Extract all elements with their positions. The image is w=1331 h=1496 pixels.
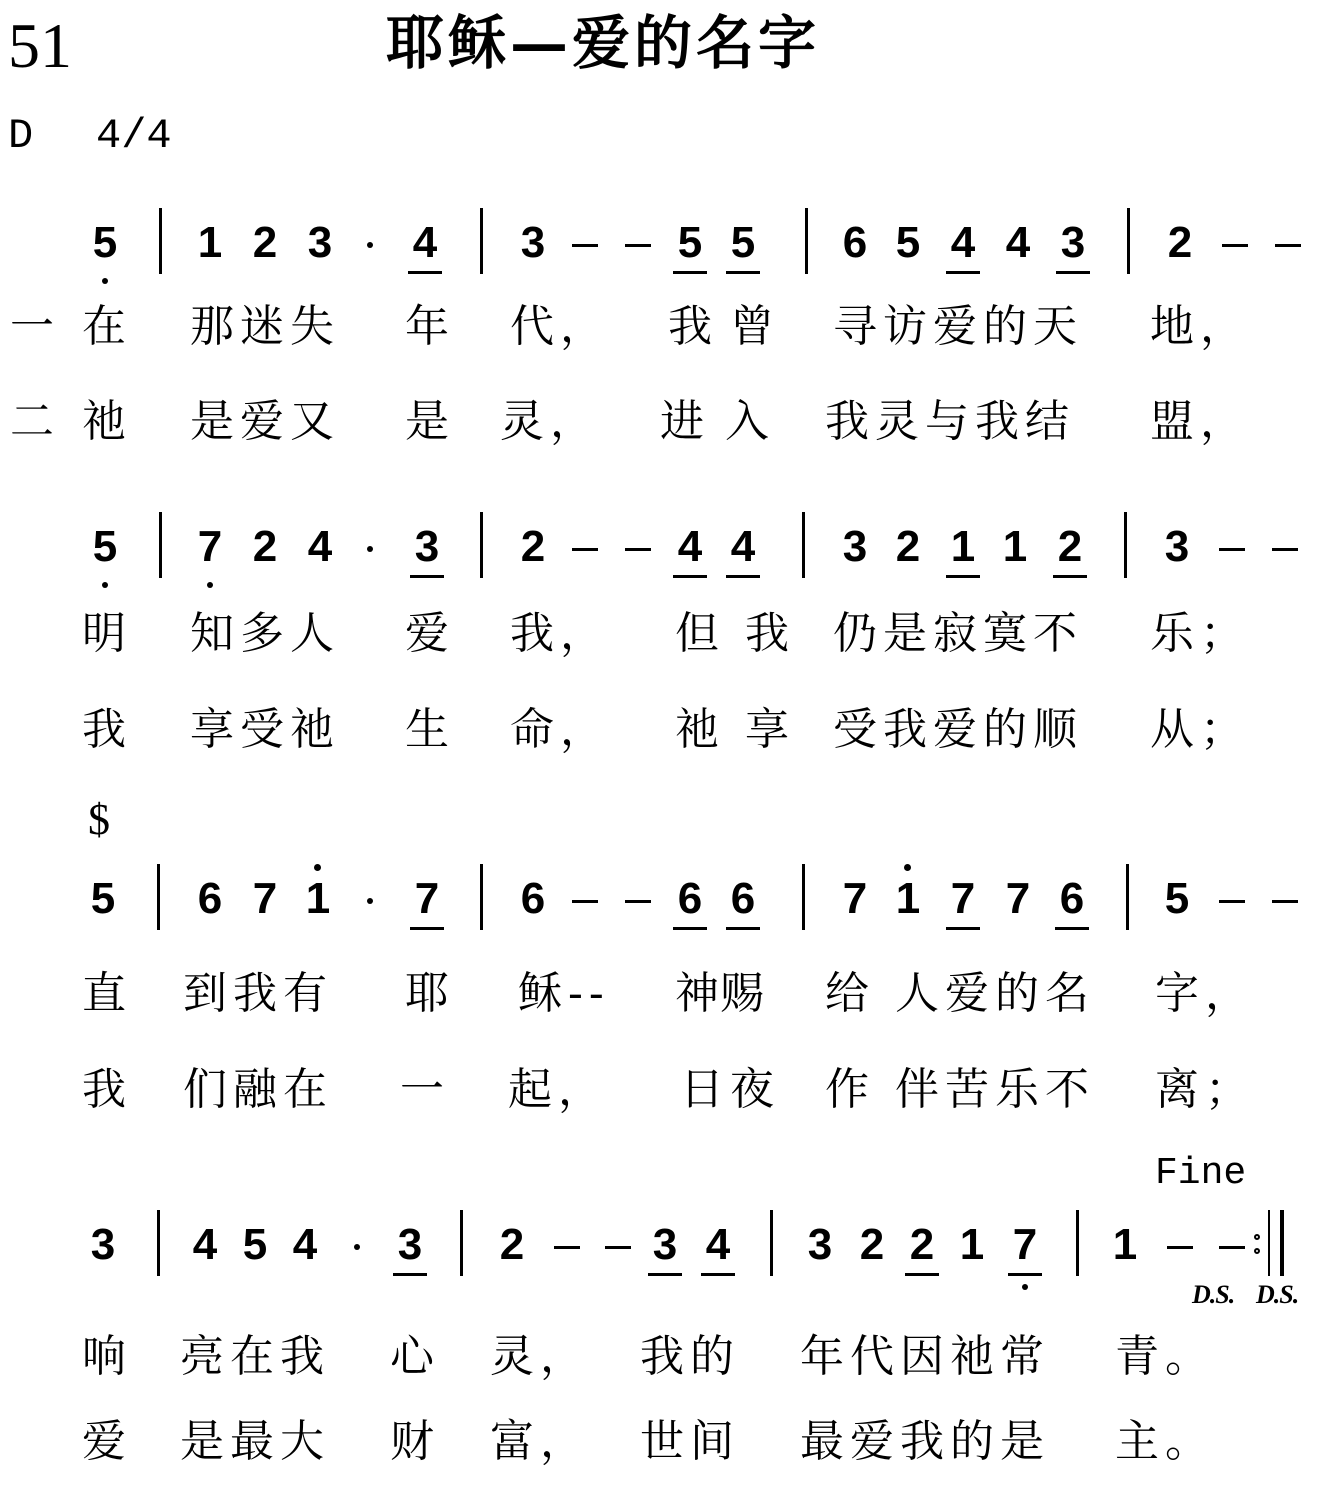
lyric-text: 生 (405, 708, 455, 752)
note: 6 (835, 218, 875, 268)
lyric-text: 我 (82, 708, 132, 752)
sustain-dash (618, 874, 658, 924)
lyric-text: 曾 (730, 305, 780, 349)
lyric-text: 耶 (405, 972, 455, 1016)
barline (159, 512, 162, 578)
note: 2 (1050, 522, 1090, 572)
lyric-text: 我灵与我结 (825, 400, 1075, 444)
sustain-dash (565, 218, 605, 268)
lyric-text: 祂 (675, 708, 725, 752)
lyric-text: 爱 (405, 612, 455, 656)
song-title: 耶稣—爱的名字 (386, 14, 820, 72)
lyric-text: 作 (825, 1068, 875, 1112)
augmentation-dot (350, 874, 390, 924)
note: 2 (245, 522, 285, 572)
lyric-text: 进 (660, 400, 710, 444)
lyric-text: 入 (725, 400, 775, 444)
sustain-dash (1212, 1220, 1252, 1270)
barline (1124, 512, 1127, 578)
barline (460, 1210, 463, 1276)
note: 1 (298, 874, 338, 924)
note: 4 (300, 522, 340, 572)
note: 1 (190, 218, 230, 268)
sustain-dash (1265, 522, 1305, 572)
note: 3 (1053, 218, 1093, 268)
augmentation-dot (350, 522, 390, 572)
sustain-dash (1268, 218, 1308, 268)
note: 2 (245, 218, 285, 268)
lyric-text: 主。 (1115, 1420, 1215, 1464)
lyric-text: 们融在 (183, 1068, 333, 1112)
note: 5 (1157, 874, 1197, 924)
lyric-text: 一 (400, 1068, 450, 1112)
lyric-text: 是 (405, 400, 455, 444)
lyric-text: 我 (668, 305, 718, 349)
note: 6 (190, 874, 230, 924)
lyric-text: 离； (1155, 1068, 1255, 1112)
note: 3 (800, 1220, 840, 1270)
lyric-text: 我， (510, 612, 610, 656)
time-signature: 4/4 (96, 115, 172, 157)
final-barline-thin (1268, 1210, 1270, 1276)
note: 4 (185, 1220, 225, 1270)
lyric-text: 直 (82, 972, 132, 1016)
lyric-text: 日夜 (680, 1068, 780, 1112)
verse-label-2: 二 (10, 400, 54, 444)
lyric-text: 我的 (640, 1335, 740, 1379)
barline (159, 208, 162, 274)
lyric-text: 人爱的名 (895, 972, 1095, 1016)
note: 7 (943, 874, 983, 924)
lyric-text: 字， (1155, 972, 1255, 1016)
note: 4 (698, 1220, 738, 1270)
lyric-text: 亮在我 (180, 1335, 330, 1379)
note: 1 (952, 1220, 992, 1270)
barline (157, 1210, 160, 1276)
note: 2 (902, 1220, 942, 1270)
barline (1076, 1210, 1079, 1276)
barline (480, 512, 483, 578)
sustain-dash (598, 1220, 638, 1270)
lyric-text: 享 (745, 708, 795, 752)
lyric-text: 寻访爱的天 (833, 305, 1083, 349)
lyric-text: 代， (510, 305, 610, 349)
note: 7 (190, 522, 230, 572)
sustain-dash (1212, 522, 1252, 572)
repeat-dot (1254, 1234, 1260, 1240)
lyric-text: 仍是寂寞不 (833, 612, 1083, 656)
lyric-text: 世间 (640, 1420, 740, 1464)
lyric-text: 地， (1150, 305, 1250, 349)
lyric-text: 但 (675, 612, 725, 656)
note: 6 (723, 874, 763, 924)
augmentation-dot (337, 1220, 377, 1270)
sustain-dash (1212, 874, 1252, 924)
barline (802, 864, 805, 930)
note: 4 (998, 218, 1038, 268)
note: 3 (83, 1220, 123, 1270)
sustain-dash (1265, 874, 1305, 924)
note: 4 (285, 1220, 325, 1270)
note: 7 (407, 874, 447, 924)
note: 3 (1157, 522, 1197, 572)
repeat-dot (1254, 1248, 1260, 1254)
dal-segno-marking: D.S. (1192, 1282, 1234, 1308)
note: 2 (1160, 218, 1200, 268)
note: 4 (943, 218, 983, 268)
note: 5 (83, 874, 123, 924)
final-barline-thick (1280, 1210, 1284, 1276)
lyric-text: 心 (390, 1335, 440, 1379)
note: 5 (85, 522, 125, 572)
lyric-text: 赐 (720, 972, 770, 1016)
lyric-text: 我 (745, 612, 795, 656)
lyric-text: 祂 (82, 400, 132, 444)
note: 7 (1005, 1220, 1045, 1270)
lyric-text: 年代因祂常 (800, 1335, 1050, 1379)
lyric-text: 享受祂 (190, 708, 340, 752)
lyric-text: 乐； (1150, 612, 1250, 656)
note: 4 (405, 218, 445, 268)
barline (480, 208, 483, 274)
lyric-text: 那迷失 (190, 305, 340, 349)
lyric-text: 是最大 (180, 1420, 330, 1464)
sustain-dash (565, 874, 605, 924)
lyric-text: 伴苦乐不 (895, 1068, 1095, 1112)
sustain-dash (547, 1220, 587, 1270)
lyric-text: 年 (405, 305, 455, 349)
song-number: 51 (8, 14, 72, 78)
sustain-dash (1215, 218, 1255, 268)
dal-segno-marking: D.S. (1256, 1282, 1298, 1308)
lyric-text: 到我有 (183, 972, 333, 1016)
lyric-text: 最爱我的是 (800, 1420, 1050, 1464)
fine-marking: Fine (1155, 1155, 1246, 1193)
barline (480, 864, 483, 930)
note: 7 (245, 874, 285, 924)
lyric-text: 青。 (1115, 1335, 1215, 1379)
note: 2 (888, 522, 928, 572)
sustain-dash (565, 522, 605, 572)
note: 2 (513, 522, 553, 572)
lyric-text: 盟， (1150, 400, 1250, 444)
augmentation-dot (350, 218, 390, 268)
lyric-text: 命， (510, 708, 610, 752)
sustain-dash (1160, 1220, 1200, 1270)
lyric-text: 稣-- (518, 972, 610, 1016)
barline (1126, 864, 1129, 930)
lyric-text: 在 (82, 305, 132, 349)
key-signature: D (8, 115, 33, 157)
barline (802, 512, 805, 578)
note: 5 (888, 218, 928, 268)
note: 3 (645, 1220, 685, 1270)
note: 6 (670, 874, 710, 924)
note: 3 (390, 1220, 430, 1270)
note: 7 (998, 874, 1038, 924)
barline (157, 864, 160, 930)
barline (805, 208, 808, 274)
note: 3 (300, 218, 340, 268)
note: 4 (670, 522, 710, 572)
lyric-text: 响 (82, 1335, 132, 1379)
lyric-text: 是爱又 (190, 400, 340, 444)
lyric-text: 灵， (500, 400, 600, 444)
note: 2 (492, 1220, 532, 1270)
sustain-dash (618, 218, 658, 268)
note: 5 (85, 218, 125, 268)
verse-label-1: 一 (10, 305, 54, 349)
lyric-text: 起， (508, 1068, 608, 1112)
note: 3 (407, 522, 447, 572)
lyric-text: 爱 (82, 1420, 132, 1464)
lyric-text: 富， (490, 1420, 590, 1464)
lyric-text: 明 (82, 612, 132, 656)
note: 5 (235, 1220, 275, 1270)
note: 5 (670, 218, 710, 268)
lyric-text: 我 (82, 1068, 132, 1112)
lyric-text: 灵， (490, 1335, 590, 1379)
note: 1 (943, 522, 983, 572)
lyric-text: 受我爱的顺 (833, 708, 1083, 752)
note: 5 (723, 218, 763, 268)
barline (770, 1210, 773, 1276)
lyric-text: 财 (390, 1420, 440, 1464)
lyric-text: 从； (1150, 708, 1250, 752)
lyric-text: 神 (675, 972, 725, 1016)
sustain-dash (618, 522, 658, 572)
lyric-text: 给 (825, 972, 875, 1016)
lyric-text: 知多人 (190, 612, 340, 656)
note: 4 (723, 522, 763, 572)
barline (1127, 208, 1130, 274)
note: 1 (1105, 1220, 1145, 1270)
note: 3 (835, 522, 875, 572)
segno-sign: $ (88, 798, 110, 842)
note: 6 (1052, 874, 1092, 924)
note: 7 (835, 874, 875, 924)
note: 3 (513, 218, 553, 268)
note: 6 (513, 874, 553, 924)
note: 1 (888, 874, 928, 924)
note: 2 (852, 1220, 892, 1270)
note: 1 (995, 522, 1035, 572)
